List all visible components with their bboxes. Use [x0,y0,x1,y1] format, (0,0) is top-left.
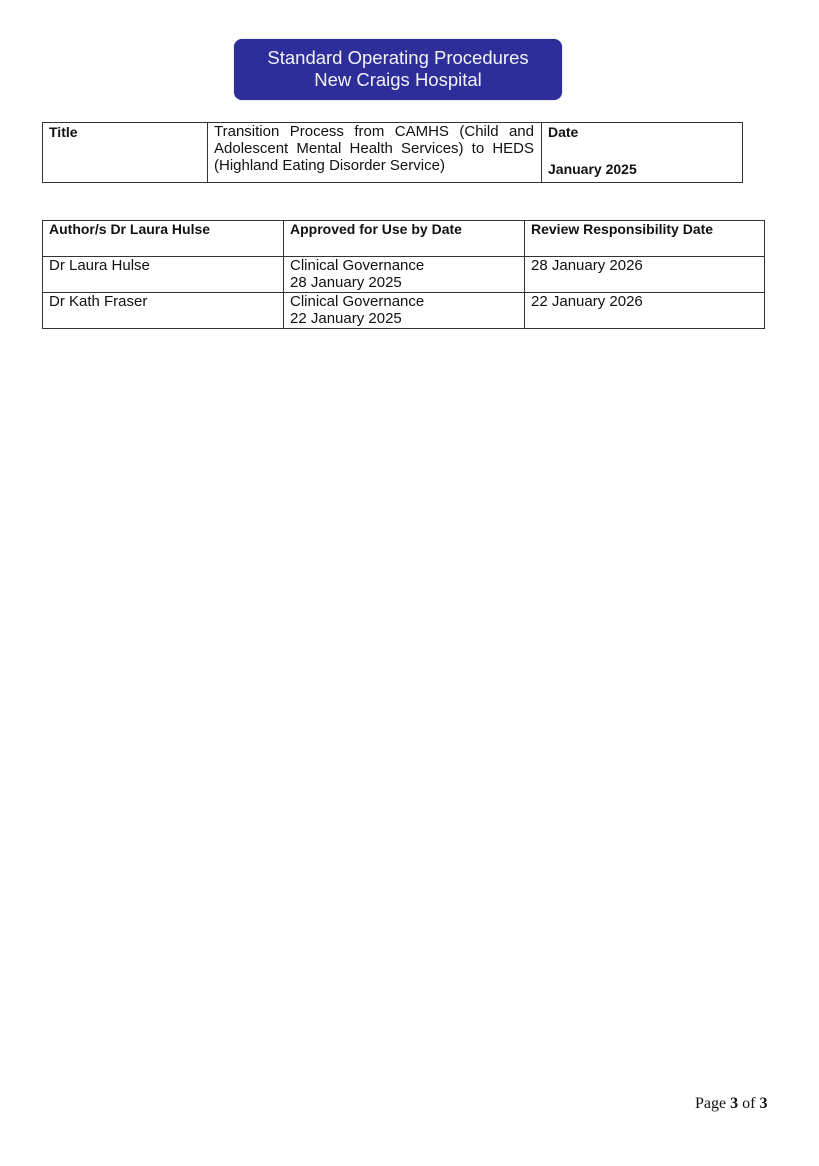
header-subtitle: New Craigs Hospital [234,69,562,91]
document-header-banner: Standard Operating Procedures New Craigs… [234,39,562,100]
author-cell: Dr Kath Fraser [43,293,284,329]
approved-by: Clinical Governance [290,257,518,274]
date-value: January 2025 [548,161,637,178]
title-value: Transition Process from CAMHS (Child and… [208,123,542,183]
approved-date: 22 January 2025 [290,310,518,327]
title-row: Title Transition Process from CAMHS (Chi… [43,123,743,183]
review-date-cell: 22 January 2026 [525,293,765,329]
table-header-row: Author/s Dr Laura Hulse Approved for Use… [43,221,765,257]
page-prefix: Page [695,1095,726,1112]
header-authors: Author/s Dr Laura Hulse [43,221,284,257]
title-label: Title [43,123,208,183]
page-total: 3 [759,1095,767,1112]
title-table: Title Transition Process from CAMHS (Chi… [42,122,743,183]
table-row: Dr Laura Hulse Clinical Governance 28 Ja… [43,257,765,293]
page-of: of [742,1095,755,1112]
header-review: Review Responsibility Date [525,221,765,257]
page-current: 3 [730,1095,738,1112]
date-cell: Date January 2025 [542,123,743,183]
approved-by: Clinical Governance [290,293,518,310]
authors-table: Author/s Dr Laura Hulse Approved for Use… [42,220,765,329]
review-date-cell: 28 January 2026 [525,257,765,293]
approved-date: 28 January 2025 [290,274,518,291]
table-row: Dr Kath Fraser Clinical Governance 22 Ja… [43,293,765,329]
author-cell: Dr Laura Hulse [43,257,284,293]
date-label: Date [548,124,578,140]
header-title: Standard Operating Procedures [234,47,562,69]
page-number: Page 3 of 3 [695,1095,767,1113]
approved-cell: Clinical Governance 28 January 2025 [284,257,525,293]
header-approved: Approved for Use by Date [284,221,525,257]
approved-cell: Clinical Governance 22 January 2025 [284,293,525,329]
